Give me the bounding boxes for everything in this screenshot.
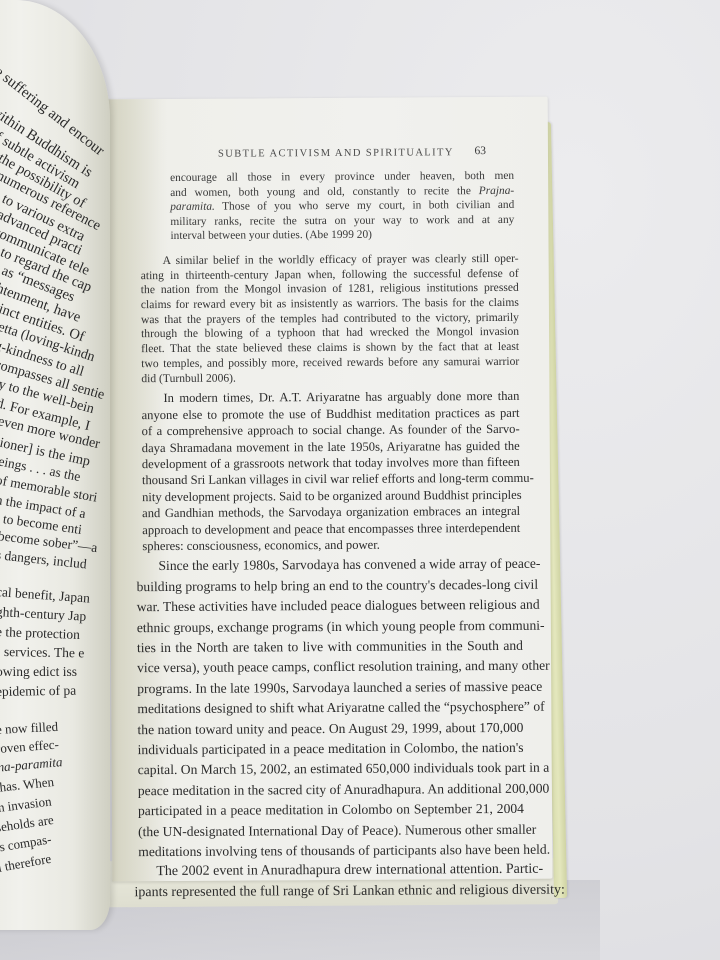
text-fragment: e now filled	[0, 719, 58, 738]
text-fragment: ina-paramita	[0, 754, 63, 776]
text-fragment: services. The e	[4, 644, 85, 661]
text-line: ethnic groups, exchange programs (in whi…	[137, 615, 523, 638]
paragraph-4: The 2002 event in Anuradhapura drew inte…	[134, 860, 526, 904]
text-line: thousand Sri Lankan villages in civil wa…	[142, 470, 520, 489]
text-line: programs. In the late 1990s, Sarvodaya l…	[137, 677, 523, 700]
text-fragment: roven effec-	[0, 737, 59, 757]
text-line: the nation toward unity and peace. On Au…	[137, 717, 523, 740]
paragraph-2: In modern times, Dr. A.T. Ariyaratne has…	[141, 388, 520, 554]
text-line: ties in the North are taken to live with…	[137, 636, 523, 659]
running-head: Subtle Activism and Spirituality	[218, 147, 454, 159]
quote-line: encourage all those in every province un…	[170, 169, 514, 186]
italic-term: paramita.	[170, 201, 215, 213]
paragraph-1: A similar belief in the worldly efficacy…	[141, 252, 520, 387]
text-line: ipants represented the full range of Sri…	[134, 881, 526, 904]
text-fragment: lhas. When	[0, 774, 55, 796]
paragraph-3: Since the early 1980s, Sarvodaya has con…	[136, 554, 524, 862]
text-fragment: e the protection	[0, 624, 80, 643]
text-line: approach to development and peace that e…	[142, 519, 520, 538]
text-line: capital. On March 15, 2002, an estimated…	[138, 758, 524, 781]
italic-term: Prajna-	[479, 184, 515, 196]
text-line: of a comprehensive approach to social ch…	[142, 421, 520, 440]
quote-line: interval between your duties. (Abe 1999 …	[170, 227, 514, 244]
text-line: spheres: consciousness, economics, and p…	[142, 536, 520, 555]
block-quote: encourage all those in every province un…	[170, 169, 514, 244]
body-text: encourage all those in every province un…	[140, 169, 522, 904]
page-number: 63	[474, 145, 486, 157]
text-line: war. These activities have included peac…	[137, 595, 523, 618]
text-line: two temples, and possibly more, received…	[141, 355, 519, 372]
text-line: Since the early 1980s, Sarvodaya has con…	[136, 554, 522, 577]
text-line: peace meditation in the sacred city of A…	[138, 779, 524, 802]
right-page: Subtle Activism and Spirituality 63 enco…	[108, 97, 553, 882]
text-line: meditations designed to shift what Ariya…	[137, 697, 523, 720]
text-fragment: ghth-century Jap	[0, 604, 87, 625]
left-page-curled: e suffering and encour within Buddhism i…	[0, 0, 110, 930]
text-line: building programs to help bring an end t…	[137, 575, 523, 598]
text-line: (the UN-designated International Day of …	[138, 819, 524, 842]
text-line: did (Turnbull 2006).	[141, 369, 519, 386]
text-line: The 2002 event in Anuradhapura drew inte…	[134, 860, 526, 883]
text-fragment: owing edict iss	[0, 664, 77, 680]
text-line: and Gandhian methods, the Sarvodaya orga…	[142, 503, 520, 522]
text-line: individuals participated in a peace medi…	[138, 738, 524, 761]
text-line: meditations involving tens of thousands …	[138, 840, 524, 863]
text-line: vice versa), youth peace camps, conflict…	[137, 656, 523, 679]
text-fragment: cal benefit, Japan	[0, 584, 90, 607]
text-fragment: l therefore	[0, 851, 52, 876]
quote-line: military ranks, recite the sutra on your…	[170, 213, 514, 230]
text-line: In modern times, Dr. A.T. Ariyaratne has…	[141, 388, 519, 407]
text-line: participated in a peace meditation in Co…	[138, 799, 524, 822]
text-fragment: epidemic of pa	[0, 683, 76, 700]
